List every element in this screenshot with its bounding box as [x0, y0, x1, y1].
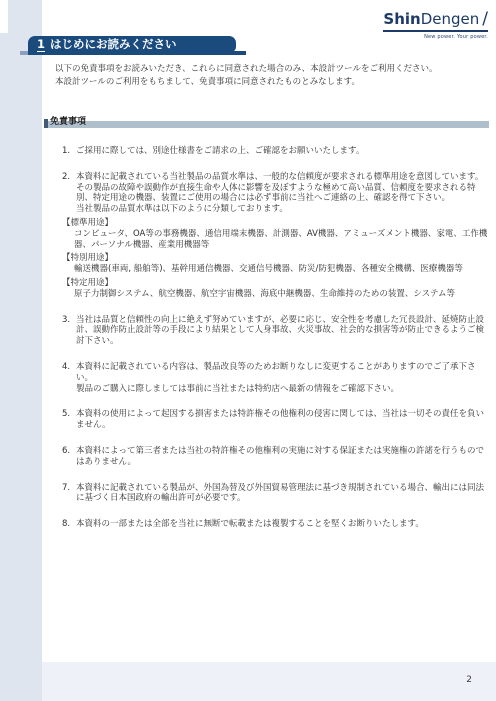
intro-line-1: 以下の免責事項をお読みいただき、これらに同意された場合のみ、本設計ツールをご利用…	[55, 63, 481, 76]
item-number: 8.	[62, 519, 76, 530]
intro-paragraph: 以下の免責事項をお読みいただき、これらに同意された場合のみ、本設計ツールをご利用…	[55, 63, 481, 89]
item-number: 5.	[62, 409, 76, 431]
item-body: 本資料によって第三者または当社の特許権その他権利の実施に対する保証または実施権の…	[76, 446, 489, 468]
item-paragraph: 本資料に記載されている当社製品の品質水準は、一般的な信頼度が要求される標準用途を…	[76, 172, 489, 183]
item-body: 本資料の使用によって起因する損害または特許権その他権利の侵害に関しては、当社は一…	[76, 409, 489, 431]
item-number: 1.	[62, 146, 76, 157]
item-body: 本資料に記載されている当社製品の品質水準は、一般的な信頼度が要求される標準用途を…	[76, 172, 489, 300]
item-paragraph: 本資料に記載されている内容は、製品改良等のためお断りなしに変更することがあります…	[76, 362, 489, 384]
category-label: 【特別用途】	[62, 253, 489, 264]
document-page: ShinDengen/ New power. Your power. 1はじめに…	[0, 0, 496, 701]
item-number: 4.	[62, 362, 76, 394]
intro-line-2: 本設計ツールのご利用をもちまして、免責事項に同意されたものとみなします。	[55, 76, 481, 89]
category-label: 【特定用途】	[62, 278, 489, 289]
chapter-title-underline-cap	[20, 51, 28, 55]
item-paragraph: 本資料の一部または全部を当社に無断で転載または複製することを堅くお断りいたします…	[76, 519, 489, 530]
list-item: 6.本資料によって第三者または当社の特許権その他権利の実施に対する保証または実施…	[62, 446, 489, 468]
disclaimer-section-heading: 免責事項	[44, 114, 489, 129]
category-label: 【標準用途】	[62, 218, 489, 229]
list-item: 1.ご採用に際しては、別途仕様書をご請求の上、ご確認をお願いいたします。	[62, 146, 489, 157]
list-item: 7.本資料に記載されている製品が、外国為替及び外国貿易管理法に基づき規制されてい…	[62, 483, 489, 505]
list-item: 4.本資料に記載されている内容は、製品改良等のためお断りなしに変更することがあり…	[62, 362, 489, 394]
list-item: 8.本資料の一部または全部を当社に無断で転載または複製することを堅くお断りいたし…	[62, 519, 489, 530]
item-paragraph: ご採用に際しては、別途仕様書をご請求の上、ご確認をお願いいたします。	[76, 146, 489, 157]
category-text: 輸送機器(車両, 船舶等)、基幹用通信機器、交通信号機器、防災/防犯機器、各種安…	[74, 264, 489, 275]
list-item: 2.本資料に記載されている当社製品の品質水準は、一般的な信頼度が要求される標準用…	[62, 172, 489, 300]
item-paragraph: 当社は品質と信頼性の向上に絶えず努めていますが、必要に応じ、安全性を考慮した冗長…	[76, 315, 489, 347]
item-number: 7.	[62, 483, 76, 505]
category-block: 【標準用途】コンピュータ、OA等の事務機器、通信用端末機器、計測器、AV機器、ア…	[76, 218, 489, 250]
page-number: 2	[466, 675, 472, 685]
chapter-title-bar: 1はじめにお読みください	[28, 36, 236, 52]
section-heading-label: 免責事項	[50, 114, 86, 127]
item-paragraph: 製品のご購入に際しましては事前に当社または特約店へ最新の情報をご確認下さい。	[76, 384, 489, 395]
item-body: 本資料の一部または全部を当社に無断で転載または複製することを堅くお断りいたします…	[76, 519, 489, 530]
chapter-title: はじめにお読みください	[50, 37, 177, 51]
section-heading-bar	[44, 121, 489, 128]
category-text: 原子力制御システム、航空機器、航空宇宙機器、海底中継機器、生命維持のための装置、…	[74, 289, 489, 300]
item-paragraph: 本資料によって第三者または当社の特許権その他権利の実施に対する保証または実施権の…	[76, 446, 489, 468]
logo-wordmark-bold: Shin	[383, 10, 420, 28]
category-text: コンピュータ、OA等の事務機器、通信用端末機器、計測器、AV機器、アミューズメン…	[74, 229, 489, 251]
chapter-number: 1	[37, 37, 45, 52]
item-body: ご採用に際しては、別途仕様書をご請求の上、ご確認をお願いいたします。	[76, 146, 489, 157]
logo-wordmark: ShinDengen/	[383, 11, 488, 32]
item-paragraph: 本資料に記載されている製品が、外国為替及び外国貿易管理法に基づき規制されている場…	[76, 483, 489, 505]
item-number: 3.	[62, 315, 76, 347]
category-block: 【特別用途】輸送機器(車両, 船舶等)、基幹用通信機器、交通信号機器、防災/防犯…	[76, 253, 489, 275]
item-body: 本資料に記載されている製品が、外国為替及び外国貿易管理法に基づき規制されている場…	[76, 483, 489, 505]
logo-tagline: New power. Your power.	[383, 34, 488, 40]
item-paragraph: その製品の故障や誤動作が直接生命や人体に影響を及ぼすような極めて高い品質、信頼度…	[76, 183, 489, 205]
left-strip-notch	[0, 0, 8, 33]
item-number: 6.	[62, 446, 76, 468]
shindengen-logo: ShinDengen/ New power. Your power.	[383, 9, 488, 40]
left-decorative-strip	[0, 0, 42, 701]
logo-wordmark-light: Dengen	[421, 10, 480, 28]
category-block: 【特定用途】原子力制御システム、航空機器、航空宇宙機器、海底中継機器、生命維持の…	[76, 278, 489, 300]
logo-slash-icon: /	[482, 9, 488, 29]
list-item: 3.当社は品質と信頼性の向上に絶えず努めていますが、必要に応じ、安全性を考慮した…	[62, 315, 489, 347]
disclaimer-list: 1.ご採用に際しては、別途仕様書をご請求の上、ご確認をお願いいたします。2.本資…	[62, 146, 489, 545]
footer-band: 2	[0, 662, 496, 701]
item-paragraph: 本資料の使用によって起因する損害または特許権その他権利の侵害に関しては、当社は一…	[76, 409, 489, 431]
item-body: 本資料に記載されている内容は、製品改良等のためお断りなしに変更することがあります…	[76, 362, 489, 394]
item-paragraph: 当社製品の品質水準は以下のように分類しております。	[76, 204, 489, 215]
section-heading-left-cap	[44, 119, 48, 128]
list-item: 5.本資料の使用によって起因する損害または特許権その他権利の侵害に関しては、当社…	[62, 409, 489, 431]
item-body: 当社は品質と信頼性の向上に絶えず努めていますが、必要に応じ、安全性を考慮した冗長…	[76, 315, 489, 347]
